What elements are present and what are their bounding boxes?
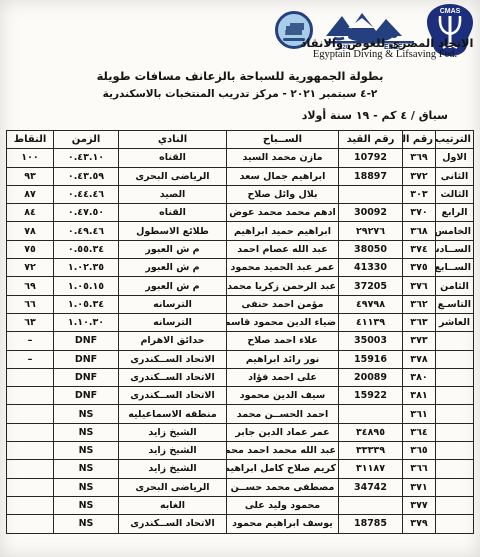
federation-name-english: Egyptain Diving & Lifsaving Fed.: [290, 49, 480, 60]
cell-rank: [436, 423, 474, 441]
cell-reg-no: 15916: [339, 350, 403, 368]
table-row: ٣٦٥٣٣٣٣٩عبد الله محمد احمد محمدالشيخ زاي…: [7, 442, 474, 460]
cell-reg-no: ٢٩٢٧٦: [339, 222, 403, 240]
cell-name: كريم صلاح كامل ابراهيم: [227, 460, 339, 478]
cell-time: NS: [54, 405, 119, 423]
cell-points: ٨٤: [7, 204, 54, 222]
table-row: الرابع٣٧٠30092ادهم محمد محمد عوضالقناه٠.…: [7, 204, 474, 222]
cell-name: بلال وائل صلاح: [227, 185, 339, 203]
cell-name: ضياء الدين محمود قاسم: [227, 313, 339, 331]
cell-reg-no: 10792: [339, 149, 403, 167]
table-row: الخامس٣٦٨٢٩٢٧٦ابراهيم حميد ابراهيمطلائع …: [7, 222, 474, 240]
cell-points: [7, 496, 54, 514]
cell-time: DNF: [54, 368, 119, 386]
table-row: الســادس٣٧٤38050عبد الله عصام احمدم ش ال…: [7, 240, 474, 258]
cell-time: ٠.٤٧.٥٠: [54, 204, 119, 222]
cell-club: الاتحاد الســكندرى: [119, 387, 227, 405]
cell-rank: العاشر: [436, 313, 474, 331]
cell-club: الشيخ زايد: [119, 423, 227, 441]
cell-time: ٠.٤٣.١٠: [54, 149, 119, 167]
cell-swimmer-no: ٣٧٩: [403, 515, 436, 533]
cell-name: مصطفى محمد حســن: [227, 478, 339, 496]
cell-name: عبد الله محمد احمد محمد: [227, 442, 339, 460]
cell-rank: [436, 332, 474, 350]
cell-points: ٧٢: [7, 259, 54, 277]
table-row: ٣٧١34742مصطفى محمد حســنالرياضى البحرىNS: [7, 478, 474, 496]
cell-swimmer-no: ٣٦٤: [403, 423, 436, 441]
cell-name: عبد الله عصام احمد: [227, 240, 339, 258]
race-category-label: سباق / ٤ كم - ١٩ سنة أولاد: [302, 109, 448, 122]
cell-rank: الخامس: [436, 222, 474, 240]
cell-time: ١.١٠.٣٠: [54, 313, 119, 331]
federation-name-arabic: الاتحاد المصرى للغوص والانقاذ: [298, 36, 476, 50]
table-row: ٣٦٤٣٤٨٩٥عمر عماد الدين جابرالشيخ زايدNS: [7, 423, 474, 441]
cell-swimmer-no: ٣٨١: [403, 387, 436, 405]
cell-time: NS: [54, 478, 119, 496]
cell-points: ٦٩: [7, 277, 54, 295]
cell-club: الترسانه: [119, 295, 227, 313]
cell-rank: [436, 442, 474, 460]
column-header-time: الزمن: [54, 131, 119, 149]
cell-club: منطقه الاسماعيليه: [119, 405, 227, 423]
cell-points: [7, 368, 54, 386]
cell-rank: الاول: [436, 149, 474, 167]
cell-name: عبد الرحمن زكريا محمد: [227, 277, 339, 295]
cell-rank: [436, 515, 474, 533]
table-row: ٣٧٣35003علاء احمد صلاححدائق الاهرامDNF–: [7, 332, 474, 350]
cell-name: نور رائد ابراهيم: [227, 350, 339, 368]
cell-swimmer-no: ٣٦٣: [403, 313, 436, 331]
cell-points: [7, 387, 54, 405]
table-row: ٣٦٦٣١١٨٧كريم صلاح كامل ابراهيمالشيخ زايد…: [7, 460, 474, 478]
cell-rank: الثامن: [436, 277, 474, 295]
cell-name: مؤمن احمد حنفى: [227, 295, 339, 313]
cell-club: القناه: [119, 149, 227, 167]
cell-name: على احمد فؤاد: [227, 368, 339, 386]
cell-reg-no: 38050: [339, 240, 403, 258]
cell-club: م ش العبور: [119, 240, 227, 258]
cell-swimmer-no: ٣٧٠: [403, 204, 436, 222]
cell-time: NS: [54, 496, 119, 514]
cell-rank: الثانى: [436, 167, 474, 185]
table-row: الســابع٣٧٥41330عمر عبد الحميد محمودم ش …: [7, 259, 474, 277]
table-row: ٣٧٧محمود وليد علىالغابهNS: [7, 496, 474, 514]
cell-name: ابراهيم حميد ابراهيم: [227, 222, 339, 240]
cell-club: الرياضى البحرى: [119, 478, 227, 496]
cell-club: م ش العبور: [119, 277, 227, 295]
cell-points: ٨٧: [7, 185, 54, 203]
cell-rank: [436, 387, 474, 405]
cell-name: احمد الحســن محمد: [227, 405, 339, 423]
cell-club: القناه: [119, 204, 227, 222]
table-row: الاول٣٦٩10792مازن محمد السيدالقناه٠.٤٣.١…: [7, 149, 474, 167]
cell-reg-no: ٤٩٧٩٨: [339, 295, 403, 313]
cell-time: ٠.٥٥.٣٤: [54, 240, 119, 258]
cell-points: ٩٣: [7, 167, 54, 185]
cell-rank: [436, 460, 474, 478]
cell-club: الشيخ زايد: [119, 460, 227, 478]
cell-reg-no: ٤١١٣٩: [339, 313, 403, 331]
cell-time: ١.٠٥.١٥: [54, 277, 119, 295]
cell-time: ١.٠٢.٣٥: [54, 259, 119, 277]
cell-points: ١٠٠: [7, 149, 54, 167]
cell-time: DNF: [54, 387, 119, 405]
cell-swimmer-no: ٣٦٨: [403, 222, 436, 240]
cell-swimmer-no: ٣٧٦: [403, 277, 436, 295]
cell-rank: [436, 496, 474, 514]
cell-reg-no: 35003: [339, 332, 403, 350]
cell-reg-no: 41330: [339, 259, 403, 277]
cell-rank: [436, 368, 474, 386]
cell-reg-no: [339, 185, 403, 203]
cell-club: الاتحاد الســكندرى: [119, 350, 227, 368]
table-row: ٣٧٨15916نور رائد ابراهيمالاتحاد الســكند…: [7, 350, 474, 368]
table-row: التاسـع٣٦٢٤٩٧٩٨مؤمن احمد حنفىالترسانه١.٠…: [7, 295, 474, 313]
cell-rank: [436, 350, 474, 368]
table-row: العاشر٣٦٣٤١١٣٩ضياء الدين محمود قاسمالترس…: [7, 313, 474, 331]
cell-swimmer-no: ٣٦١: [403, 405, 436, 423]
results-table: الترتيب رقم السباح رقم القيد الســباح ال…: [6, 130, 474, 534]
cell-swimmer-no: ٣٨٠: [403, 368, 436, 386]
cell-time: NS: [54, 460, 119, 478]
cell-points: –: [7, 332, 54, 350]
cell-points: [7, 405, 54, 423]
table-row: ٣٧٩18785يوسف ابراهيم محمودالاتحاد الســك…: [7, 515, 474, 533]
table-row: الثانى٣٧٢18897ابراهيم جمال سعدالرياضى ال…: [7, 167, 474, 185]
cell-name: محمود وليد على: [227, 496, 339, 514]
cell-club: الصيد: [119, 185, 227, 203]
cell-rank: الســابع: [436, 259, 474, 277]
cell-time: DNF: [54, 332, 119, 350]
cell-swimmer-no: ٣٧١: [403, 478, 436, 496]
cell-points: [7, 460, 54, 478]
cell-time: NS: [54, 442, 119, 460]
cell-reg-no: ٣٤٨٩٥: [339, 423, 403, 441]
cell-reg-no: ٣١١٨٧: [339, 460, 403, 478]
column-header-club: النادي: [119, 131, 227, 149]
event-date-location: ٢-٤ سبتمبر ٢٠٢١ - مركز تدريب المنتخبات ب…: [0, 88, 480, 100]
cell-time: DNF: [54, 350, 119, 368]
cell-reg-no: 37205: [339, 277, 403, 295]
table-row: ٣٦١احمد الحســن محمدمنطقه الاسماعيليهNS: [7, 405, 474, 423]
cell-name: عمر عماد الدين جابر: [227, 423, 339, 441]
cell-points: [7, 515, 54, 533]
cell-name: مازن محمد السيد: [227, 149, 339, 167]
cell-club: طلائع الاسطول: [119, 222, 227, 240]
cell-time: NS: [54, 515, 119, 533]
cmas-logo-label: CMAS: [440, 8, 461, 15]
cell-time: NS: [54, 423, 119, 441]
cell-reg-no: ٣٣٣٣٩: [339, 442, 403, 460]
cell-points: [7, 478, 54, 496]
cell-name: عمر عبد الحميد محمود: [227, 259, 339, 277]
cell-club: الرياضى البحرى: [119, 167, 227, 185]
cell-rank: الرابع: [436, 204, 474, 222]
cell-swimmer-no: ٣٧٧: [403, 496, 436, 514]
column-header-swimmer: الســباح: [227, 131, 339, 149]
cell-swimmer-no: ٣٧٢: [403, 167, 436, 185]
cell-club: الاتحاد الســكندرى: [119, 515, 227, 533]
cell-swimmer-no: ٣٠٣: [403, 185, 436, 203]
cell-reg-no: 15922: [339, 387, 403, 405]
cell-points: ٧٥: [7, 240, 54, 258]
cell-club: الشيخ زايد: [119, 442, 227, 460]
cell-time: ٠.٤٤.٤٦: [54, 185, 119, 203]
cell-swimmer-no: ٣٦٩: [403, 149, 436, 167]
cell-name: علاء احمد صلاح: [227, 332, 339, 350]
cell-points: [7, 442, 54, 460]
cell-reg-no: 30092: [339, 204, 403, 222]
cell-rank: [436, 405, 474, 423]
cell-name: يوسف ابراهيم محمود: [227, 515, 339, 533]
cell-club: الغابه: [119, 496, 227, 514]
table-row: الثالث٣٠٣بلال وائل صلاحالصيد٠.٤٤.٤٦٨٧: [7, 185, 474, 203]
document-page: H2O EDLF CMAS الاتحاد المصرى للغوص والان…: [0, 0, 480, 557]
cell-points: ٧٨: [7, 222, 54, 240]
column-header-swimmer-no: رقم السباح: [403, 131, 436, 149]
cell-time: ١.٠٥.٣٤: [54, 295, 119, 313]
cell-club: الاتحاد الســكندرى: [119, 368, 227, 386]
table-row: ٣٨١15922سيف الدين محمودالاتحاد الســكندر…: [7, 387, 474, 405]
cell-rank: الثالث: [436, 185, 474, 203]
column-header-points: النقاط: [7, 131, 54, 149]
cell-club: حدائق الاهرام: [119, 332, 227, 350]
cell-club: الترسانه: [119, 313, 227, 331]
table-header-row: الترتيب رقم السباح رقم القيد الســباح ال…: [7, 131, 474, 149]
cell-rank: التاسـع: [436, 295, 474, 313]
results-table-body: الاول٣٦٩10792مازن محمد السيدالقناه٠.٤٣.١…: [7, 149, 474, 533]
cell-swimmer-no: ٣٧٤: [403, 240, 436, 258]
cell-swimmer-no: ٣٦٦: [403, 460, 436, 478]
table-row: الثامن٣٧٦37205عبد الرحمن زكريا محمدم ش ا…: [7, 277, 474, 295]
cell-reg-no: [339, 405, 403, 423]
cell-points: [7, 423, 54, 441]
cell-swimmer-no: ٣٧٨: [403, 350, 436, 368]
cell-reg-no: 18897: [339, 167, 403, 185]
cell-swimmer-no: ٣٦٥: [403, 442, 436, 460]
cell-name: ادهم محمد محمد عوض: [227, 204, 339, 222]
cell-reg-no: 18785: [339, 515, 403, 533]
cell-club: م ش العبور: [119, 259, 227, 277]
cell-name: سيف الدين محمود: [227, 387, 339, 405]
cell-points: ٦٦: [7, 295, 54, 313]
championship-title: بطولة الجمهورية للسباحة بالزعانف مسافات …: [0, 69, 480, 83]
column-header-rank: الترتيب: [436, 131, 474, 149]
cell-swimmer-no: ٣٦٢: [403, 295, 436, 313]
cell-reg-no: [339, 496, 403, 514]
cell-swimmer-no: ٣٧٣: [403, 332, 436, 350]
cell-swimmer-no: ٣٧٥: [403, 259, 436, 277]
cell-rank: [436, 478, 474, 496]
column-header-reg-no: رقم القيد: [339, 131, 403, 149]
cell-reg-no: 34742: [339, 478, 403, 496]
cell-points: ٦٣: [7, 313, 54, 331]
cell-name: ابراهيم جمال سعد: [227, 167, 339, 185]
table-row: ٣٨٠20089على احمد فؤادالاتحاد الســكندرىD…: [7, 368, 474, 386]
cell-rank: الســادس: [436, 240, 474, 258]
cell-reg-no: 20089: [339, 368, 403, 386]
cell-points: –: [7, 350, 54, 368]
cell-time: ٠.٤٩.٤٦: [54, 222, 119, 240]
cell-time: ٠.٤٣.٥٩: [54, 167, 119, 185]
